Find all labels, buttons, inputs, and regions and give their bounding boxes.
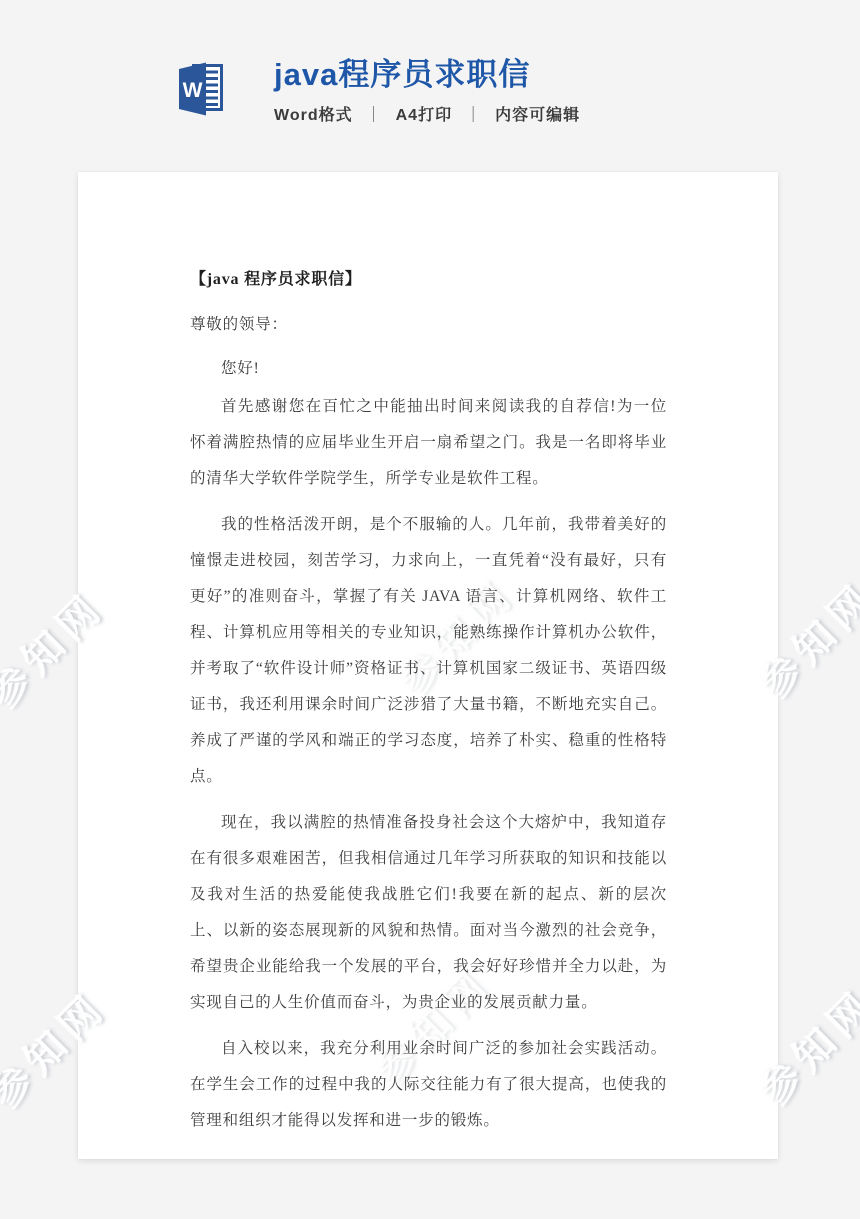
document-paragraph: 现在，我以满腔的热情准备投身社会这个大熔炉中，我知道存在有很多艰难困苦，但我相信… [190,805,667,1021]
document-content: 【java 程序员求职信】 尊敬的领导： 您好! 首先感谢您在百忙之中能抽出时间… [190,262,667,1139]
document-greeting: 您好! [190,351,667,387]
page-title: java程序员求职信 [274,56,580,93]
document-meta: Word格式｜A4打印｜内容可编辑 [274,102,580,125]
word-document-icon: W [175,59,225,119]
meta-item-editable: 内容可编辑 [495,107,580,124]
meta-separator: ｜ [366,107,383,124]
meta-item-format: Word格式 [274,107,353,124]
document-page: 【java 程序员求职信】 尊敬的领导： 您好! 首先感谢您在百忙之中能抽出时间… [78,172,778,1159]
page-canvas: 参知网 参知网 参知网 参知网 参知网 参知网 W java程序员求职信 [0,0,860,1219]
document-salutation: 尊敬的领导： [190,307,667,343]
header-text: java程序员求职信 Word格式｜A4打印｜内容可编辑 [274,56,580,125]
document-paragraph: 自入校以来，我充分利用业余时间广泛的参加社会实践活动。在学生会工作的过程中我的人… [190,1031,667,1139]
header: W java程序员求职信 Word格式｜A4打印｜内容可编辑 [175,56,580,125]
word-icon-letter: W [183,79,203,102]
document-heading: 【java 程序员求职信】 [190,262,667,298]
meta-separator: ｜ [465,107,482,124]
meta-item-print: A4打印 [396,107,452,124]
document-paragraph: 首先感谢您在百忙之中能抽出时间来阅读我的自荐信!为一位怀着满腔热情的应届毕业生开… [190,389,667,497]
document-paragraph: 我的性格活泼开朗，是个不服输的人。几年前，我带着美好的憧憬走进校园，刻苦学习，力… [190,507,667,795]
